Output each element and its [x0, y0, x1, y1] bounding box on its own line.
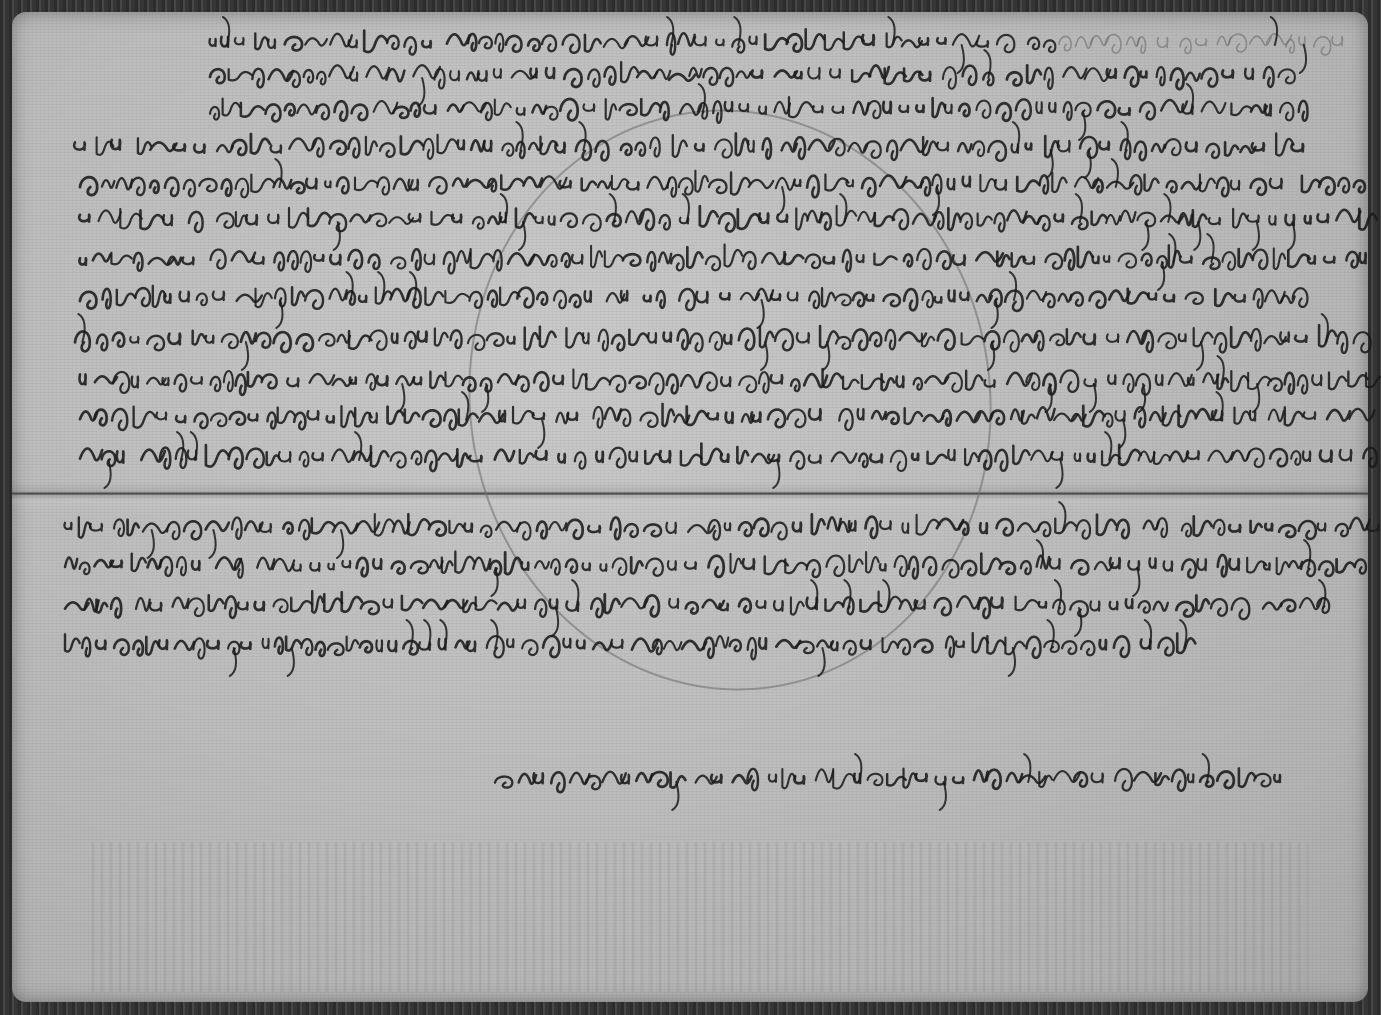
lower-panel — [64, 502, 1378, 676]
handwritten-line — [210, 50, 1295, 106]
upper-panel — [74, 17, 1381, 488]
handwritten-line — [210, 17, 1343, 73]
handwritten-line — [65, 620, 1195, 676]
handwritten-line — [64, 502, 1378, 558]
handwritten-line — [210, 84, 1307, 140]
handwritten-line — [80, 432, 1377, 488]
handwritten-line — [79, 234, 1365, 290]
handwritten-line — [65, 540, 1366, 596]
handwritten-line — [75, 314, 1371, 370]
handwritten-line — [80, 272, 1307, 328]
handwritten-line — [80, 159, 1365, 215]
handwritten-line — [495, 754, 1280, 810]
closing-line — [495, 754, 1280, 810]
handwritten-line — [80, 392, 1375, 448]
handwriting-layer — [0, 0, 1381, 1015]
handwritten-line — [80, 356, 1381, 412]
handwritten-line — [74, 122, 1303, 178]
handwritten-line — [79, 194, 1377, 250]
